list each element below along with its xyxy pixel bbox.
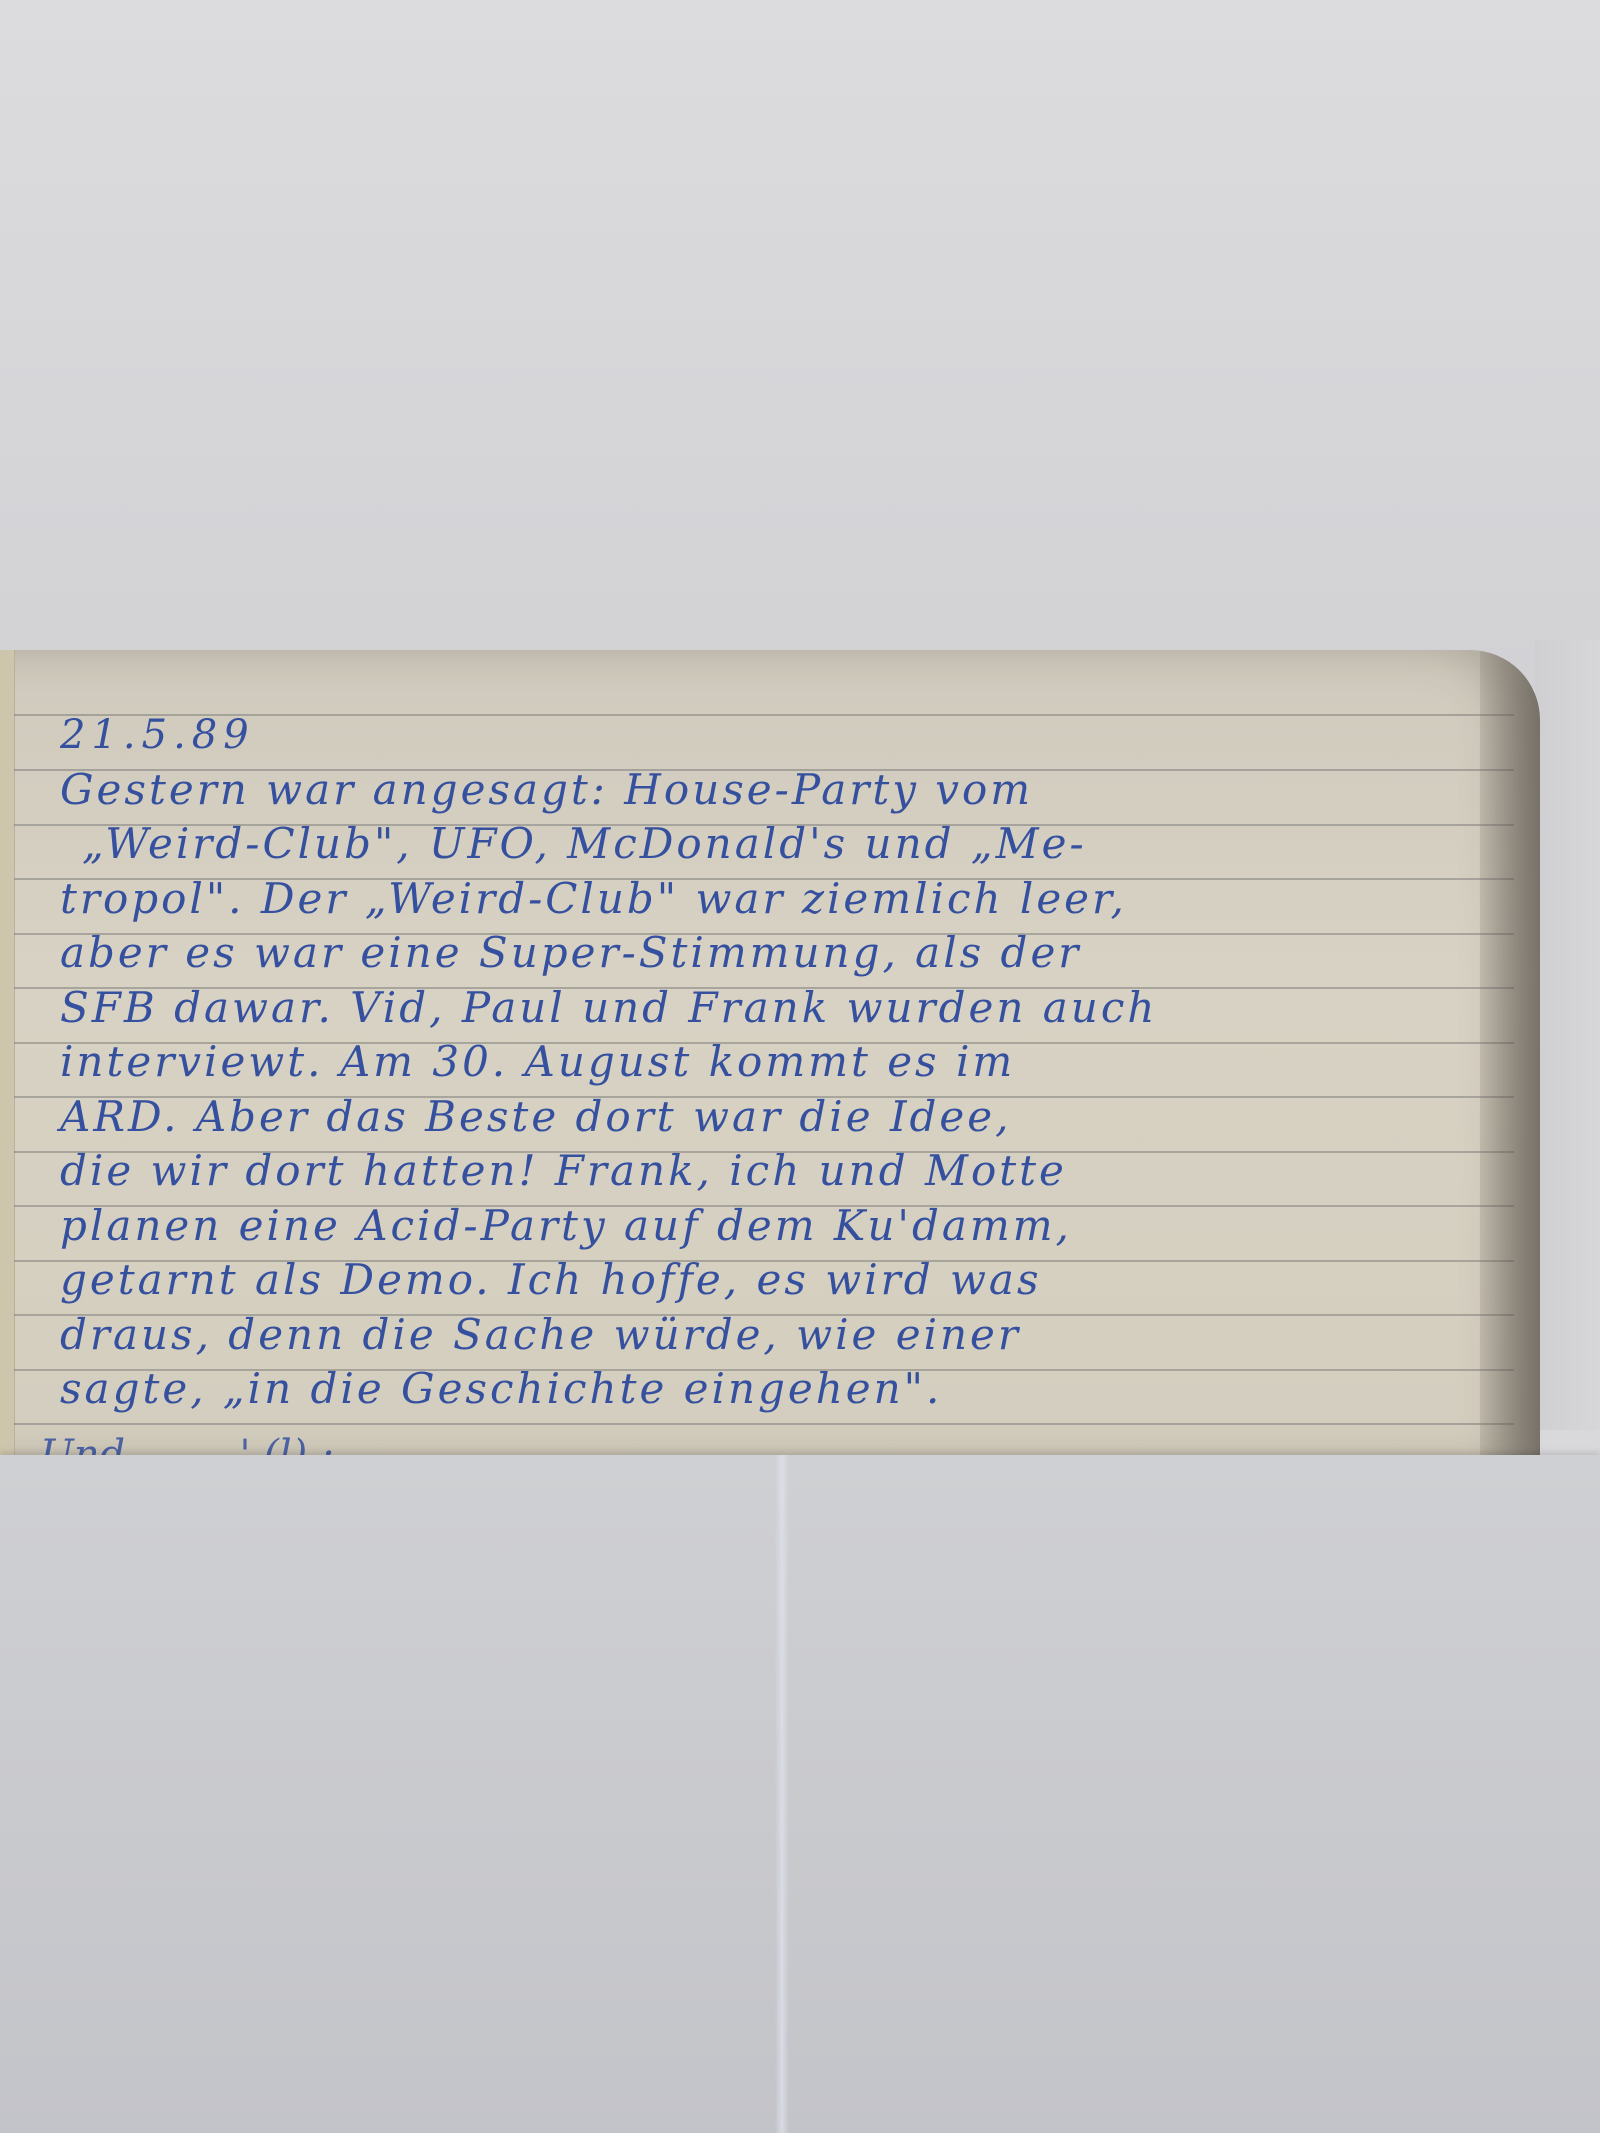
covering-paper-right [1535, 640, 1600, 1430]
faded-background-writing [1470, 20, 1590, 580]
entry-date: 21.5.89 [60, 708, 1500, 763]
cut-off-line: Und ... ... ' (l) ; ... [40, 1432, 384, 1456]
entry-line: draus, denn die Sache würde, wie einer [60, 1308, 1500, 1363]
ruled-line [14, 1423, 1514, 1425]
entry-line: tropol". Der „Weird-Club" war ziemlich l… [60, 872, 1500, 927]
notebook-binding-margin [0, 650, 15, 1460]
entry-line: ARD. Aber das Beste dort war die Idee, [60, 1090, 1500, 1145]
covering-paper-top [0, 0, 1600, 690]
entry-line: interviewt. Am 30. August kommt es im [60, 1035, 1500, 1090]
covering-paper-bottom [0, 1455, 1600, 2133]
entry-line: planen eine Acid-Party auf dem Ku'damm, [60, 1199, 1500, 1254]
entry-line: sagte, „in die Geschichte eingehen". [60, 1362, 1500, 1417]
entry-line: getarnt als Demo. Ich hoffe, es wird was [60, 1253, 1500, 1308]
entry-line: Gestern war angesagt: House-Party vom [60, 763, 1500, 818]
entry-line: die wir dort hatten! Frank, ich und Mott… [60, 1144, 1500, 1199]
paper-fold-crease [775, 1455, 789, 2133]
entry-line: „Weird-Club", UFO, McDonald's und „Me- [60, 817, 1500, 872]
entry-line: aber es war eine Super-Stimmung, als der [60, 926, 1500, 981]
entry-line: SFB dawar. Vid, Paul und Frank wurden au… [60, 981, 1500, 1036]
diary-entry: 21.5.89 Gestern war angesagt: House-Part… [60, 708, 1500, 1417]
